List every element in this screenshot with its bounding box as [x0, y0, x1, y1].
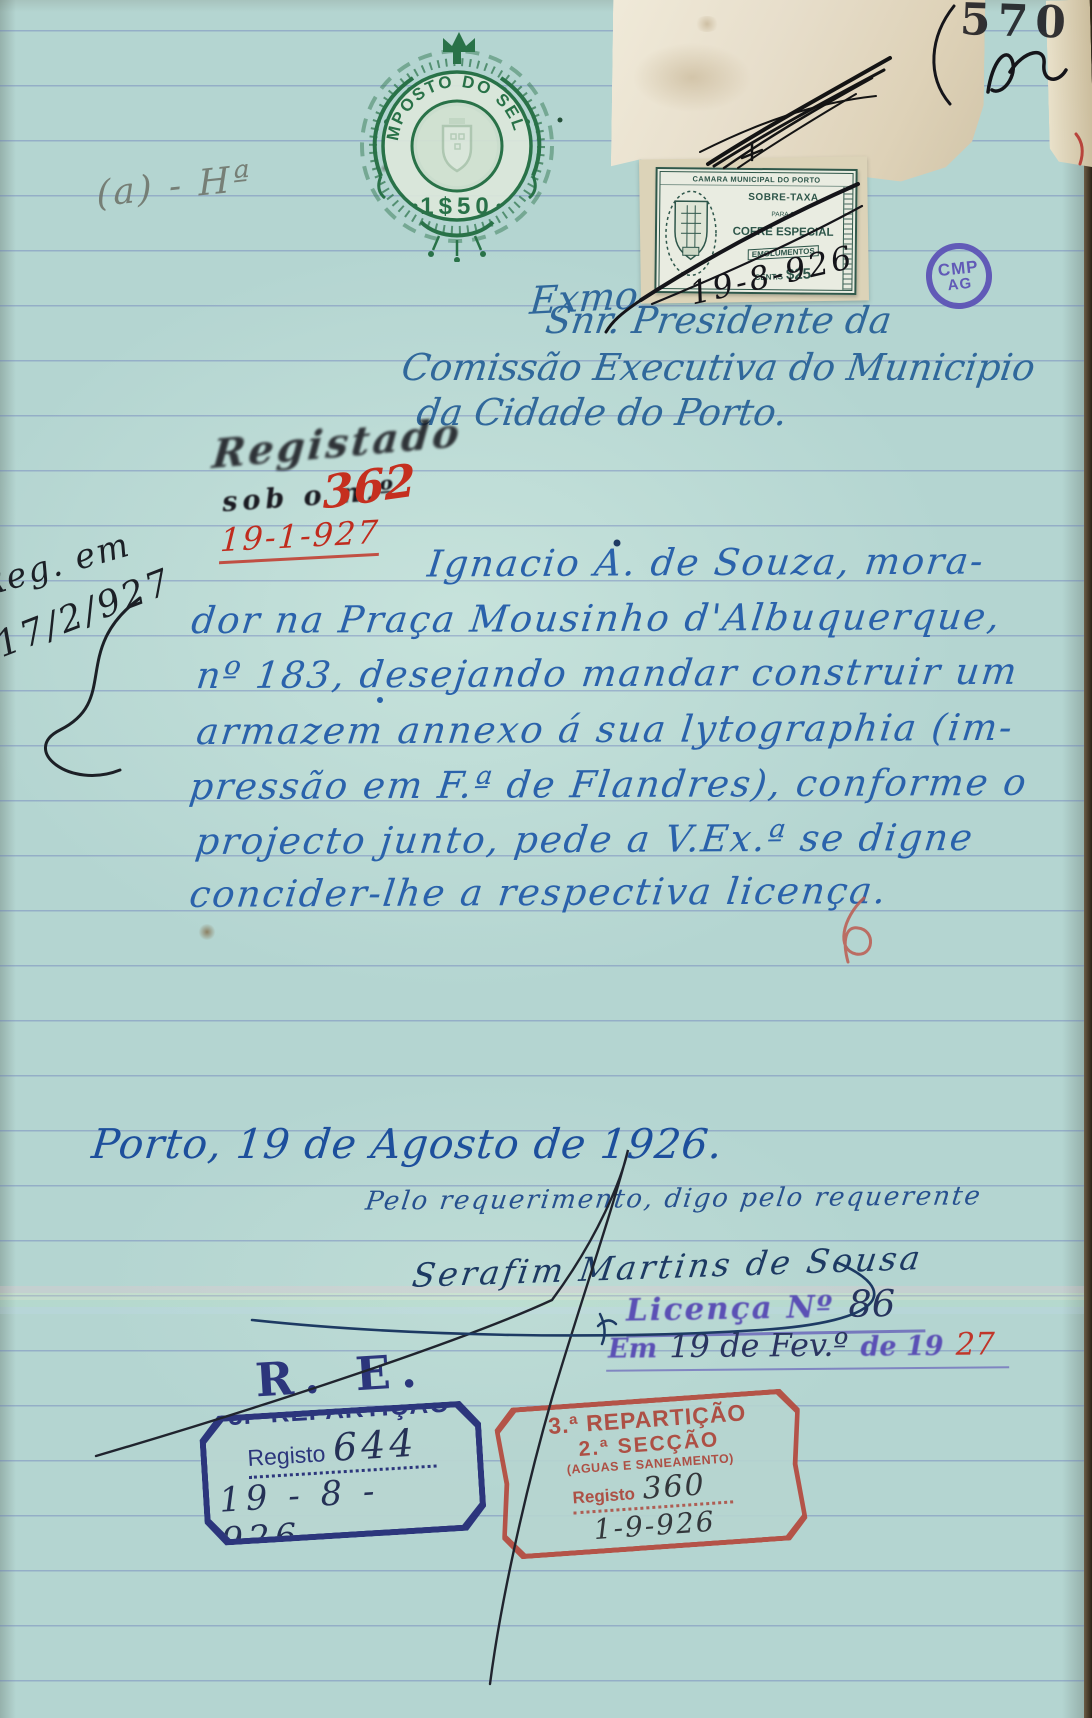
address-line4: da Cidade do Porto.	[414, 391, 790, 434]
scrap-stain	[694, 16, 720, 32]
page-right-edge	[1084, 0, 1092, 1718]
place-date-line: Porto, 19 de Agosto de 1926.	[89, 1120, 725, 1168]
red-registo-value: 360	[641, 1467, 707, 1506]
licenca-number: 86	[848, 1282, 896, 1326]
red-stamp-content: 3.ª REPARTIÇÃO 2.ª SECÇÃO (AGUAS E SANEA…	[498, 1393, 803, 1555]
licenca-line2: Em 19 de Fev.º de 19 27	[606, 1324, 1009, 1372]
registration-date: 19-1-927	[219, 513, 381, 565]
licenca-date-prefix: Em	[608, 1333, 657, 1364]
body-line: projecto junto, pede a V.Ex.ª se digne	[193, 816, 976, 863]
body-line: concider-lhe a respectiva licença.	[187, 869, 890, 916]
seal-crown	[443, 32, 475, 52]
address-line3: Comissão Executiva do Municipio	[399, 346, 1038, 389]
imposto-do-selo-seal: IMPOSTO DO SELO 1$50	[346, 24, 568, 262]
body-line: Ignacio A. de Souza, mora-	[425, 540, 987, 586]
revenue-line1: SOBRE-TAXA	[748, 192, 818, 204]
re-stamp-content: 5.ª REPARTIÇÃO Registo 644 19 - 8 - 926	[204, 1406, 481, 1540]
corner-number-stamp: 570	[959, 0, 1074, 49]
revenue-line3: COFRE ESPECIAL	[733, 226, 834, 239]
re-stamp-frame: 5.ª REPARTIÇÃO Registo 644 19 - 8 - 926	[198, 1400, 487, 1547]
scanned-document-page: 570 (a) - Hª	[0, 0, 1092, 1718]
body-line: pressão em F.ª de Flandres), conforme o	[187, 761, 1030, 808]
seal-embossed-shield	[417, 106, 497, 186]
re-5th-repartition-stamp: R. E. 5.ª REPARTIÇÃO Registo 644 19 - 8 …	[194, 1339, 495, 1546]
third-repartition-stamp: 3.ª REPARTIÇÃO 2.ª SECÇÃO (AGUAS E SANEA…	[493, 1388, 809, 1561]
licenca-stamp-label: Licença Nº	[626, 1289, 835, 1329]
red-registo-label: Registo	[572, 1484, 636, 1508]
attached-paper-scrap	[611, 0, 986, 183]
licenca-date-red: 27	[955, 1326, 995, 1362]
re-registo-value: 644	[332, 1420, 419, 1469]
red-stamp-date: 1-9-926	[593, 1505, 717, 1546]
licenca-date-stamped: de 19	[860, 1331, 943, 1363]
revenue-line2: PARA O	[771, 211, 795, 218]
re-registo-label: Registo	[247, 1440, 326, 1472]
body-line: armazem annexo á sua lytographia (im-	[194, 706, 1016, 753]
scan-artifact-band	[0, 1286, 1092, 1314]
ink-stain	[198, 924, 216, 940]
cmp-stamp-line2: AG	[947, 276, 973, 293]
body-line: nº 183, desejando mandar construir um	[194, 650, 1021, 697]
attestation-line: Pelo requerimento, digo pelo requerente	[364, 1181, 984, 1216]
body-line: dor na Praça Mousinho d'Albuquerque,	[189, 595, 1004, 642]
seal-graphic: IMPOSTO DO SELO 1$50	[346, 24, 568, 262]
seal-value: 1$50	[420, 193, 493, 220]
licenca-date-main: 19 de Fev.º	[669, 1326, 849, 1366]
